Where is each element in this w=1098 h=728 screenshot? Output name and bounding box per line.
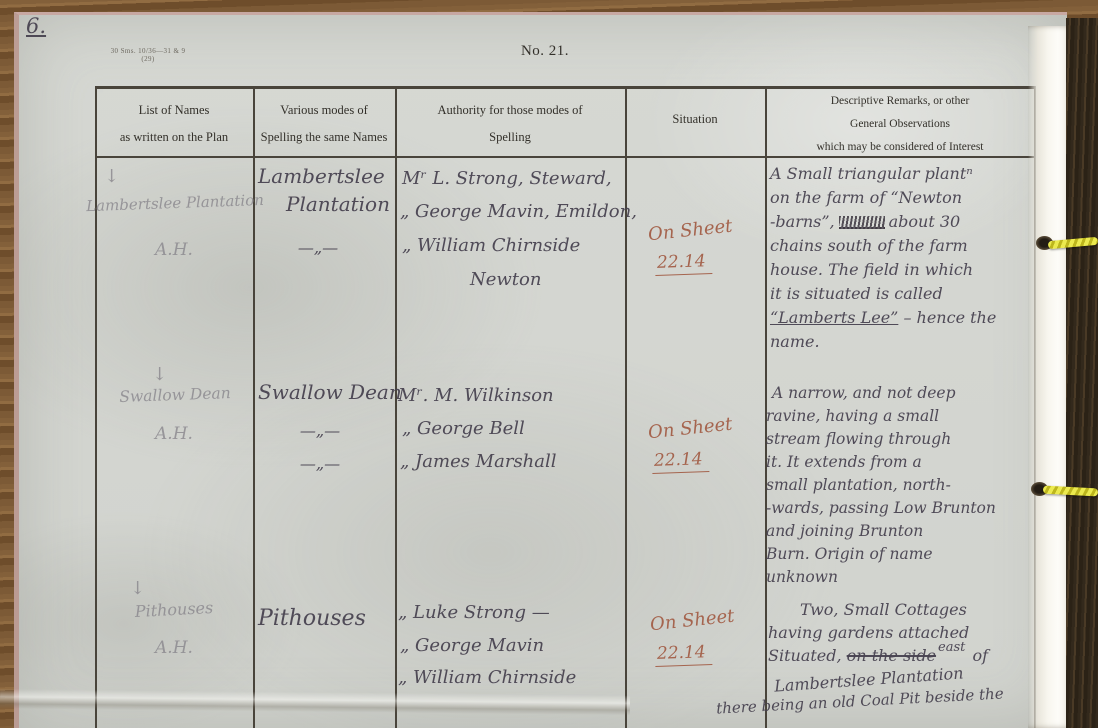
column-header-remarks-line2: General Observations: [765, 113, 1035, 136]
tick-mark-icon: ↓: [130, 578, 145, 599]
row2-plan-initials: A.H.: [95, 424, 253, 444]
struck-out-words: on the side: [847, 646, 936, 665]
tick-mark-icon: ↓: [104, 166, 119, 187]
row1-spelling-line2: Plantation: [286, 192, 390, 216]
print-code-line1: 30 Sms. 10/36—31 & 9: [88, 47, 208, 55]
row1-authority-line1: Mʳ L. Strong, Steward,: [402, 168, 612, 189]
print-code-line2: (29): [88, 55, 208, 63]
row1-remark-line: “Lamberts Lee” – hence the: [770, 308, 996, 327]
row2-authority-line2: „ George Bell: [402, 418, 525, 439]
row2-remark-line: A narrow, and not deep: [772, 384, 956, 402]
column-header-names-line2: as written on the Plan: [95, 124, 253, 151]
row2-remark-line: and joining Brunton: [766, 522, 923, 540]
column-header-remarks-line1: Descriptive Remarks, or other: [765, 90, 1035, 113]
row2-ditto-mark: —„—: [285, 421, 355, 440]
row1-remark-line: on the farm of “Newton: [770, 188, 962, 207]
inserted-word: east: [938, 640, 965, 655]
row3-authority-line3: „ William Chirnside: [398, 667, 576, 688]
row1-ditto-mark: —„—: [278, 238, 358, 257]
row1-authority-line3: „ William Chirnside: [402, 235, 580, 256]
column-header-authority-line2: Spelling: [395, 124, 625, 151]
row2-remark-line: unknown: [766, 568, 838, 586]
row1-plan-initials: A.H.: [95, 240, 253, 260]
row1-remark-line: house. The field in which: [770, 260, 973, 279]
row2-authority-line1: Mʳ. M. Wilkinson: [398, 385, 554, 406]
row2-remark-line: Burn. Origin of name: [766, 545, 933, 563]
row3-remark-line3-post: of: [972, 646, 988, 665]
column-header-names-line1: List of Names: [95, 97, 253, 124]
tick-mark-icon: ↓: [152, 364, 167, 385]
column-line-left: [95, 86, 97, 728]
column-header-spelling-line2: Spelling the same Names: [253, 124, 395, 151]
row1-remark-line: -barns”,about 30: [770, 212, 960, 231]
page-number: No. 21.: [485, 43, 605, 60]
row3-remark-line: Two, Small Cottages: [800, 600, 967, 619]
row1-situation-sheet-number: 22.14: [655, 252, 712, 275]
row1-remark-line3-post: about 30: [889, 212, 961, 231]
row2-remark-line: ravine, having a small: [766, 407, 939, 425]
print-code: 30 Sms. 10/36—31 & 9 (29): [88, 47, 208, 63]
row1-remark-line: A Small triangular plantⁿ: [770, 164, 973, 183]
column-header-authority: Authority for those modes of Spelling: [395, 97, 625, 151]
underlined-name: “Lamberts Lee”: [770, 308, 898, 327]
row3-remark-line3-pre: Situated,: [768, 646, 842, 665]
row1-remark-line7-post: – hence the: [903, 308, 996, 327]
book-edge: [1066, 18, 1098, 728]
row3-situation-sheet-number: 22.14: [655, 643, 712, 666]
column-header-situation: Situation: [625, 112, 765, 127]
row1-remark-line: name.: [770, 332, 820, 351]
row1-remark-line: it is situated is called: [770, 284, 943, 303]
row2-authority-line3: „ James Marshall: [400, 451, 557, 472]
column-header-names: List of Names as written on the Plan: [95, 97, 253, 151]
table-top-rule: [95, 86, 1035, 89]
row1-remark-line: chains south of the farm: [770, 236, 968, 255]
row1-authority-line2: „ George Mavin, Emildon,: [400, 201, 637, 222]
row2-situation-sheet-number: 22.14: [652, 450, 709, 473]
row2-ditto-mark: —„—: [285, 454, 355, 473]
column-header-authority-line1: Authority for those modes of: [395, 97, 625, 124]
scribbled-out-word: [839, 216, 885, 229]
row3-authority-line2: „ George Mavin: [400, 635, 544, 656]
row2-remark-line: small plantation, north-: [766, 476, 951, 494]
row2-remark-line: -wards, passing Low Brunton: [766, 499, 996, 517]
folio-number: 6.: [26, 14, 46, 38]
row1-authority-line4: Newton: [470, 269, 541, 290]
row2-remark-line: stream flowing through: [766, 430, 951, 448]
row3-spelling-line1: Pithouses: [258, 606, 366, 631]
row3-authority-line1: „ Luke Strong —: [398, 602, 550, 623]
row2-remark-line: it. It extends from a: [766, 453, 922, 471]
column-line-3: [625, 86, 627, 728]
column-line-1: [253, 86, 255, 728]
row3-plan-initials: A.H.: [95, 638, 253, 658]
column-header-remarks: Descriptive Remarks, or other General Ob…: [765, 90, 1035, 159]
row1-remark-line3-pre: -barns”,: [770, 212, 835, 231]
row3-remark-line: Situated, on the sideeast of: [768, 646, 988, 665]
row2-spelling-line1: Swallow Dean: [258, 380, 402, 404]
column-header-remarks-line3: which may be considered of Interest: [765, 136, 1035, 159]
column-header-spelling: Various modes of Spelling the same Names: [253, 97, 395, 151]
column-header-spelling-line1: Various modes of: [253, 97, 395, 124]
scanned-document-photo: { "page": { "folio_number": "6.", "print…: [0, 0, 1098, 728]
row1-spelling-line1: Lambertslee: [258, 164, 385, 188]
column-line-2: [395, 86, 397, 728]
